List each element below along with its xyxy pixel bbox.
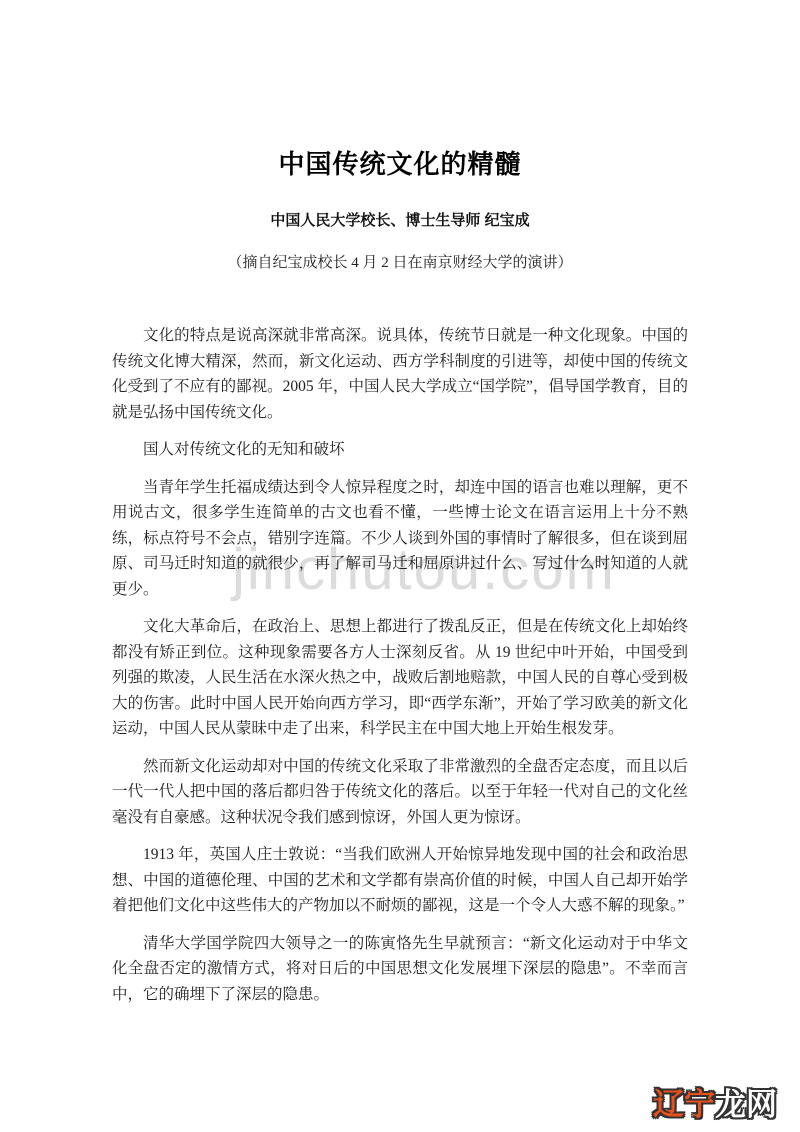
document-body: 文化的特点是说高深就非常高深。说具体，传统节日就是一种文化现象。中国的传统文化博… (112, 323, 688, 1007)
document-page: 中国传统文化的精髓 中国人民大学校长、博士生导师 纪宝成 （摘自纪宝成校长 4 … (0, 0, 800, 1007)
paragraph: 文化大革命后，在政治上、思想上都进行了拨乱反正，但是在传统文化上却始终都没有矫正… (112, 614, 688, 742)
document-source-note: （摘自纪宝成校长 4 月 2 日在南京财经大学的演讲） (112, 251, 688, 272)
site-logo-suffix: 龙网 (715, 1087, 777, 1122)
paragraph: 然而新文化运动却对中国的传统文化采取了非常激烈的全盘否定态度，而且以后一代一代人… (112, 754, 688, 831)
site-logo: 辽宁龙网 (653, 1079, 777, 1124)
paragraph: 1913 年，英国人庄士敦说：“当我们欧洲人开始惊异地发现中国的社会和政治思想、… (112, 842, 688, 919)
paragraph: 当青年学生托福成绩达到令人惊异程度之时，却连中国的语言也难以理解，更不用说古文，… (112, 475, 688, 603)
document-title: 中国传统文化的精髓 (112, 0, 688, 181)
document-byline: 中国人民大学校长、博士生导师 纪宝成 (112, 209, 688, 230)
section-heading: 国人对传统文化的无知和破坏 (112, 437, 688, 463)
paragraph: 清华大学国学院四大领导之一的陈寅恪先生早就预言：“新文化运动对于中华文化全盘否定… (112, 931, 688, 1008)
paragraph: 文化的特点是说高深就非常高深。说具体，传统节日就是一种文化现象。中国的传统文化博… (112, 323, 688, 425)
site-logo-prefix: 辽宁 (653, 1087, 715, 1122)
